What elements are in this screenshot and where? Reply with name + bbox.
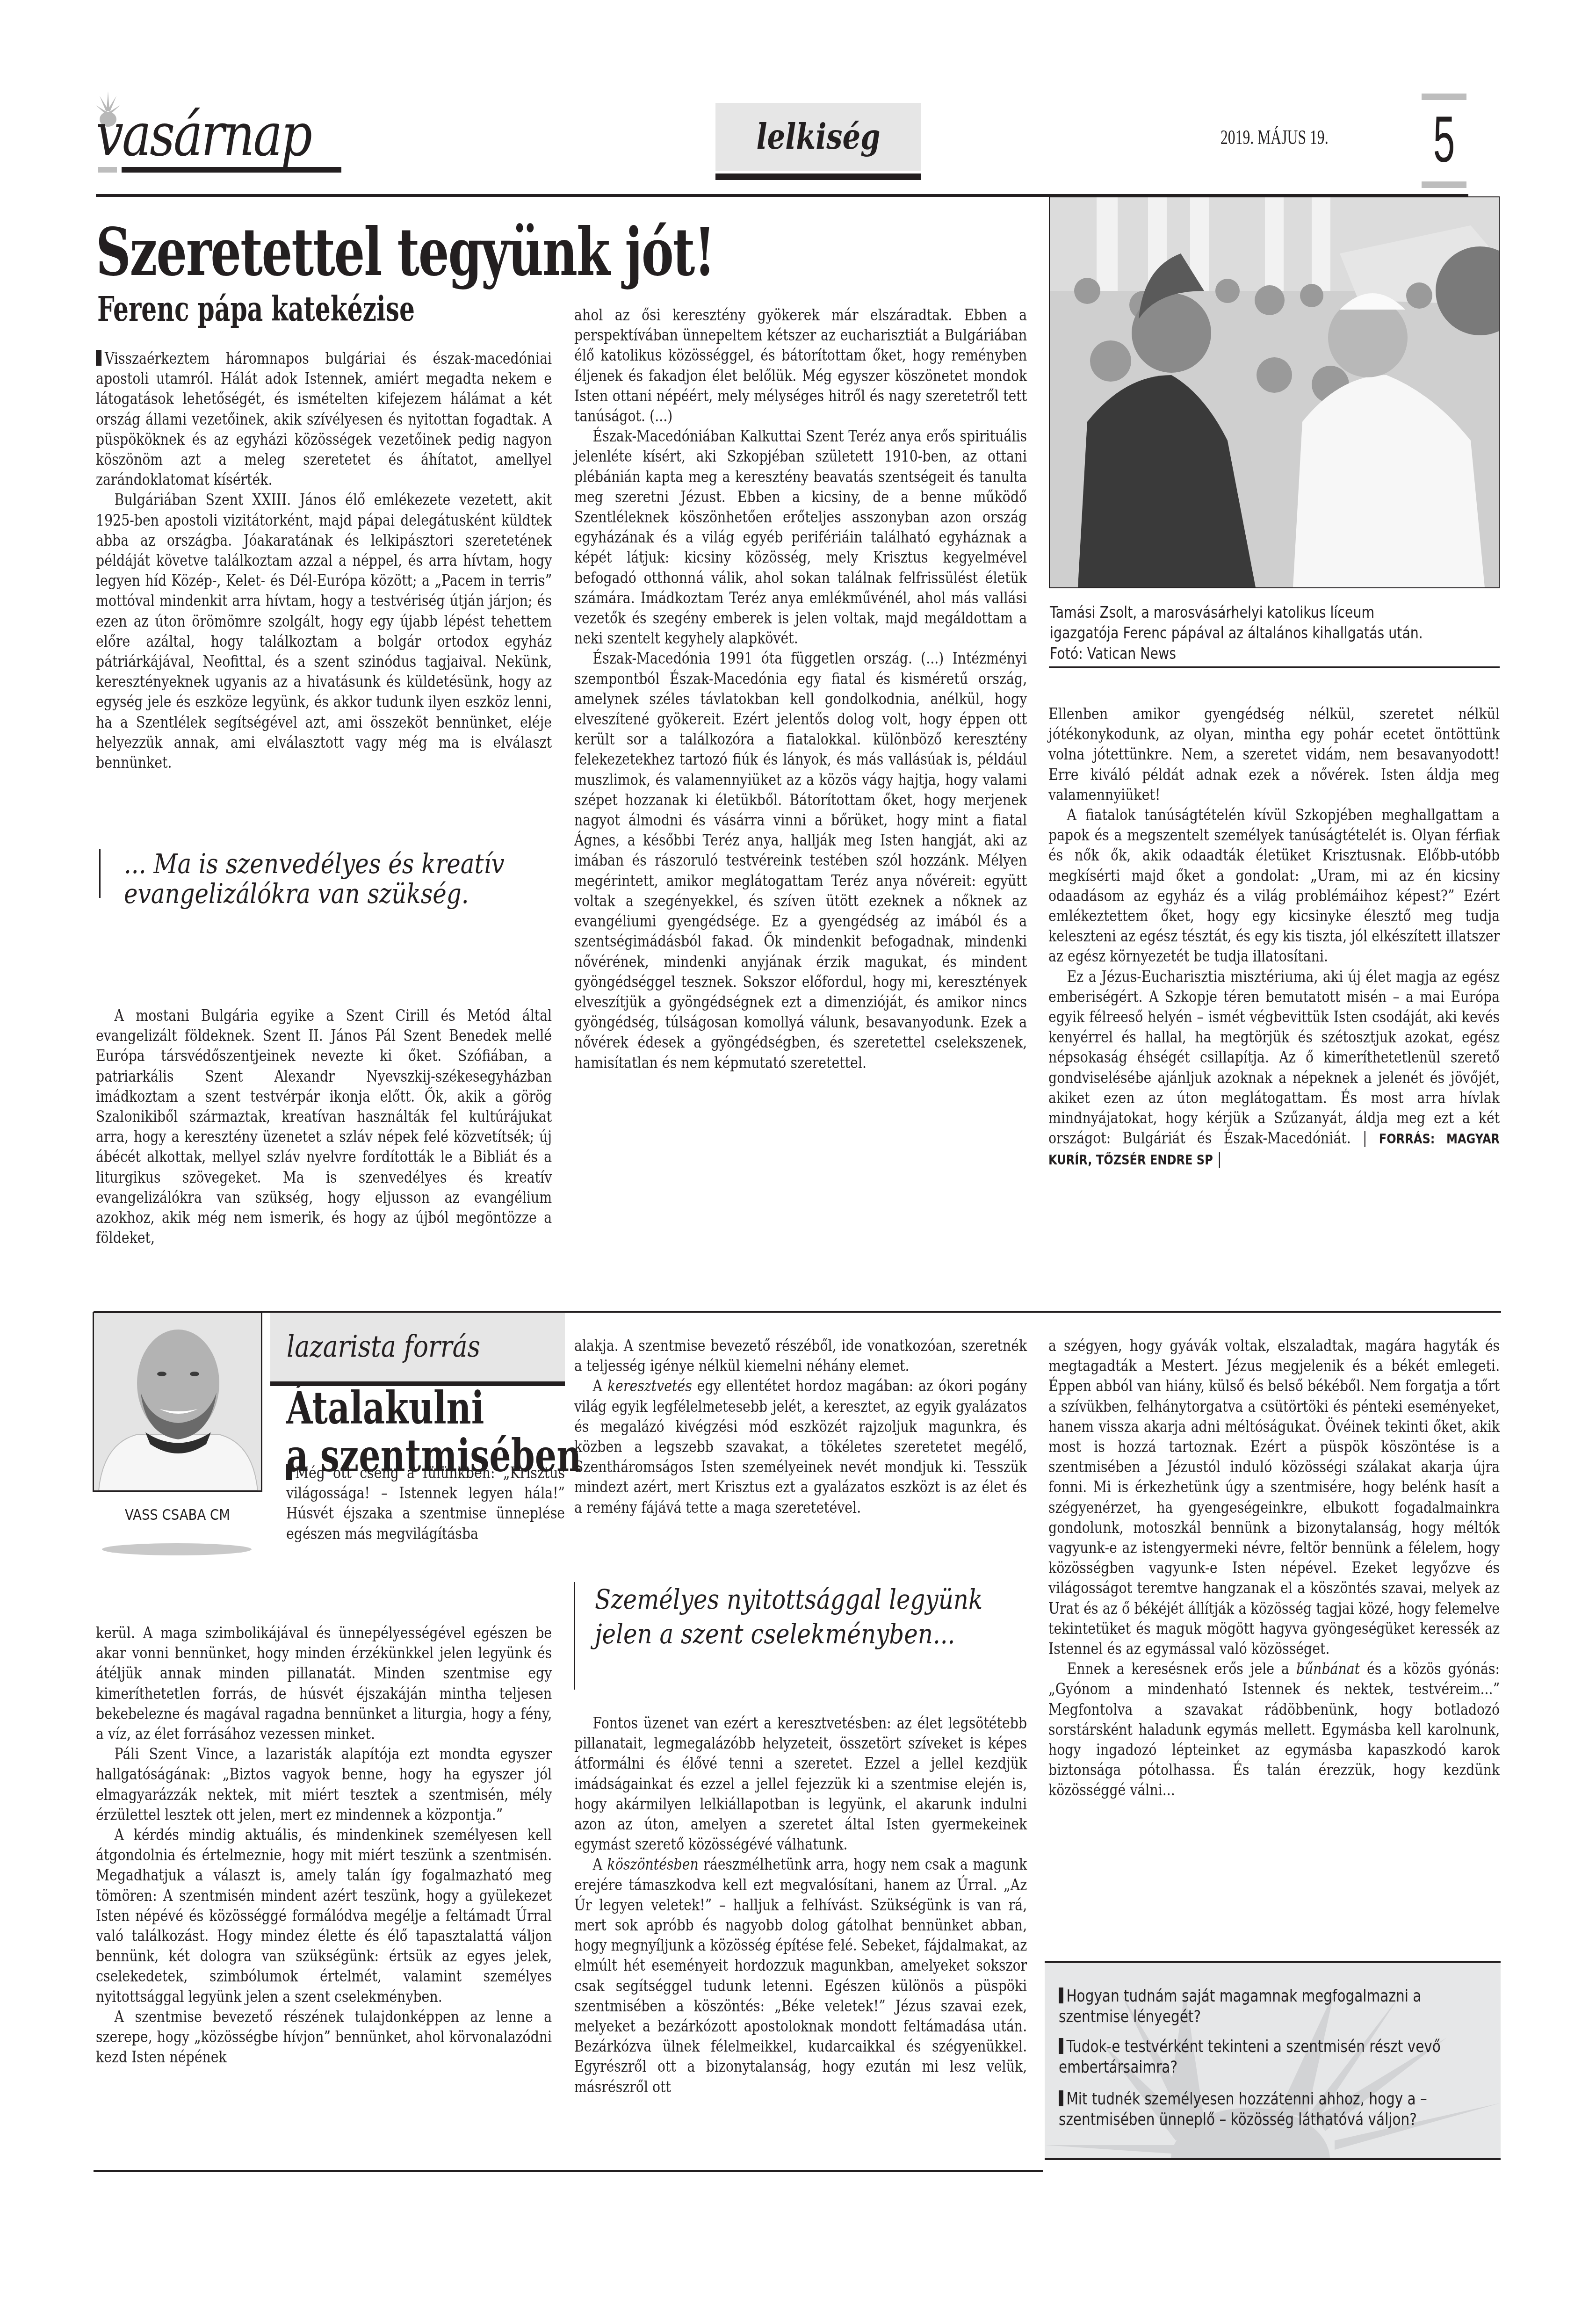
paragraph: Észak-Macedónia 1991 óta független orszá… <box>574 648 1027 1072</box>
author-portrait-icon <box>94 1313 261 1490</box>
paragraph: Észak-Macedóniában Kalkuttai Szent Teréz… <box>574 426 1027 648</box>
pull-quote: Személyes nyitottsággal legyünk jelen a … <box>574 1582 1044 1690</box>
article-photo <box>1049 196 1500 588</box>
paragraph: a szégyen, hogy gyávák voltak, elszaladt… <box>1048 1336 1500 1659</box>
paragraph: A fiatalok tanúságtételén kívül Szkopjéb… <box>1048 805 1500 967</box>
paragraph: Bulgáriában Szent XXIII. János élő emlék… <box>96 490 552 773</box>
paragraph: Ennek a keresésnek erős jele a bűnbánat … <box>1048 1659 1500 1800</box>
lower-article-column-2: alakja. A szentmise bevezető részéből, i… <box>574 1336 1027 1518</box>
photo-pope-francis-meeting-icon <box>1050 197 1499 587</box>
section-underline <box>715 173 921 180</box>
author-shadow <box>102 1543 252 1555</box>
question-item: Hogyan tudnám saját magamnak megfogalmaz… <box>1059 1986 1484 2027</box>
lead-marker-icon <box>286 1464 292 1480</box>
bullet-marker-icon <box>1059 1988 1063 2003</box>
reflection-questions-box: Hogyan tudnám saját magamnak megfogalmaz… <box>1045 1961 1501 2160</box>
question-item: Tudok-e testvérként tekinteni a szentmis… <box>1059 2037 1484 2078</box>
paragraph: A szentmise bevezető részének tulajdonké… <box>96 2007 552 2067</box>
paragraph: Ez a Jézus-Eucharisztia misztériuma, aki… <box>1048 967 1500 1171</box>
paragraph: A köszöntésben ráeszmélhetünk arra, hogy… <box>574 1854 1027 2096</box>
paragraph: kerül. A maga szimbolikájával és ünnepél… <box>96 1623 552 1744</box>
bullet-marker-icon <box>1059 2090 1063 2106</box>
article-headline: Szeretettel tegyünk jót! <box>96 220 714 285</box>
page-number-rule-top <box>1422 94 1466 100</box>
column-tag: lazarista forrás <box>270 1313 565 1383</box>
bullet-marker-icon <box>1059 2038 1063 2054</box>
logo-rule <box>122 167 341 173</box>
page-number-rule-bottom <box>1422 181 1466 188</box>
paragraph: alakja. A szentmise bevezető részéből, i… <box>574 1336 1027 1376</box>
section-tag: lelkiség <box>715 103 921 171</box>
caption-divider <box>1049 666 1500 668</box>
column-name: lazarista forrás <box>287 1330 480 1364</box>
section-label: lelkiség <box>734 117 903 157</box>
logo-rule-accent <box>98 167 117 173</box>
paragraph: Fontos üzenet van ezért a keresztvetésbe… <box>574 1713 1027 1854</box>
main-article-column-1-continued: A mostani Bulgária egyike a Szent Cirill… <box>96 1005 552 1248</box>
paragraph: Visszaérkeztem háromnapos bulgáriai és é… <box>96 348 552 490</box>
logo-text: vasárnap <box>96 105 311 165</box>
paragraph: A mostani Bulgária egyike a Szent Cirill… <box>96 1005 552 1248</box>
issue-date: 2019. MÁJUS 19. <box>1220 125 1329 149</box>
main-article-column-3: Ellenben amikor gyengédség nélkül, szere… <box>1048 704 1500 1171</box>
article-subheadline: Ferenc pápa katekézise <box>97 292 415 326</box>
paragraph: A kérdés mindig aktuális, és mindenkinek… <box>96 1825 552 2007</box>
photo-caption: Tamási Zsolt, a marosvásárhelyi katoliku… <box>1050 602 1442 664</box>
main-article-column-1: Visszaérkeztem háromnapos bulgáriai és é… <box>96 348 552 773</box>
lower-article-lead: Még ott cseng a fülünkben: „Krisztus vil… <box>286 1463 565 1544</box>
lower-article-column-1: kerül. A maga szimbolikájával és ünnepél… <box>96 1623 552 2067</box>
lower-article-column-2-continued: Fontos üzenet van ezért a keresztvetésbe… <box>574 1713 1027 2097</box>
author-photo <box>93 1312 262 1492</box>
lower-article-column-3: a szégyen, hogy gyávák voltak, elszaladt… <box>1048 1336 1500 1800</box>
main-article-column-2: ahol az ősi keresztény gyökerek már elsz… <box>574 305 1027 1073</box>
masthead-logo: vasárnap <box>96 91 344 173</box>
page-number: 5 <box>1430 107 1458 172</box>
paragraph: A keresztvetés egy ellentétet hordoz mag… <box>574 1376 1027 1517</box>
paragraph: Páli Szent Vince, a lazaristák alapítója… <box>96 1744 552 1825</box>
article-divider <box>94 1311 1501 1313</box>
paragraph: ahol az ősi keresztény gyökerek már elsz… <box>574 305 1027 426</box>
pull-quote: ... Ma is szenvedélyes és kreatív evange… <box>99 849 573 898</box>
bottom-divider <box>94 2170 1043 2172</box>
lead-marker-icon <box>96 350 101 366</box>
author-name: VASS CSABA CM <box>104 1506 250 1524</box>
paragraph: Ellenben amikor gyengédség nélkül, szere… <box>1048 704 1500 805</box>
question-item: Mit tudnék személyesen hozzátenni ahhoz,… <box>1059 2089 1484 2130</box>
